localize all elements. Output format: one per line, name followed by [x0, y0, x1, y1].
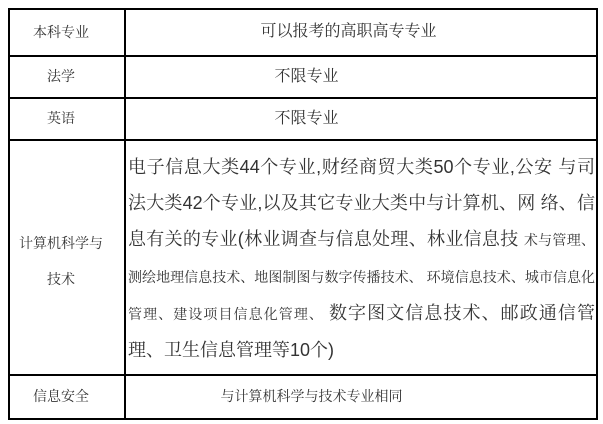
eligible-majors-table: 本科专业 可以报考的高职高专专业 法学 不限专业 英语 不限专业 计算机科学与 …	[8, 8, 598, 420]
cell-eligible-law: 不限专业	[125, 56, 597, 98]
cell-major-computer-science: 计算机科学与 技术	[9, 140, 125, 375]
cell-major-information-security: 信息安全	[9, 375, 125, 419]
cell-eligible-english: 不限专业	[125, 98, 597, 140]
table-row-computer-science: 计算机科学与 技术 电子信息大类44个专业,财经商贸大类50个专业,公安 与司法…	[9, 140, 597, 375]
cell-major-law: 法学	[9, 56, 125, 98]
cell-eligible-information-security: 与计算机科学与技术专业相同	[125, 375, 597, 419]
cell-major-english: 英语	[9, 98, 125, 140]
header-undergrad-major: 本科专业	[9, 9, 125, 56]
table-row-header: 本科专业 可以报考的高职高专专业	[9, 9, 597, 56]
table-row-law: 法学 不限专业	[9, 56, 597, 98]
table-row-information-security: 信息安全 与计算机科学与技术专业相同	[9, 375, 597, 419]
table-row-english: 英语 不限专业	[9, 98, 597, 140]
header-eligible-majors: 可以报考的高职高专专业	[125, 9, 597, 56]
cell-eligible-computer-science: 电子信息大类44个专业,财经商贸大类50个专业,公安 与司法大类42个专业,以及…	[125, 140, 597, 375]
